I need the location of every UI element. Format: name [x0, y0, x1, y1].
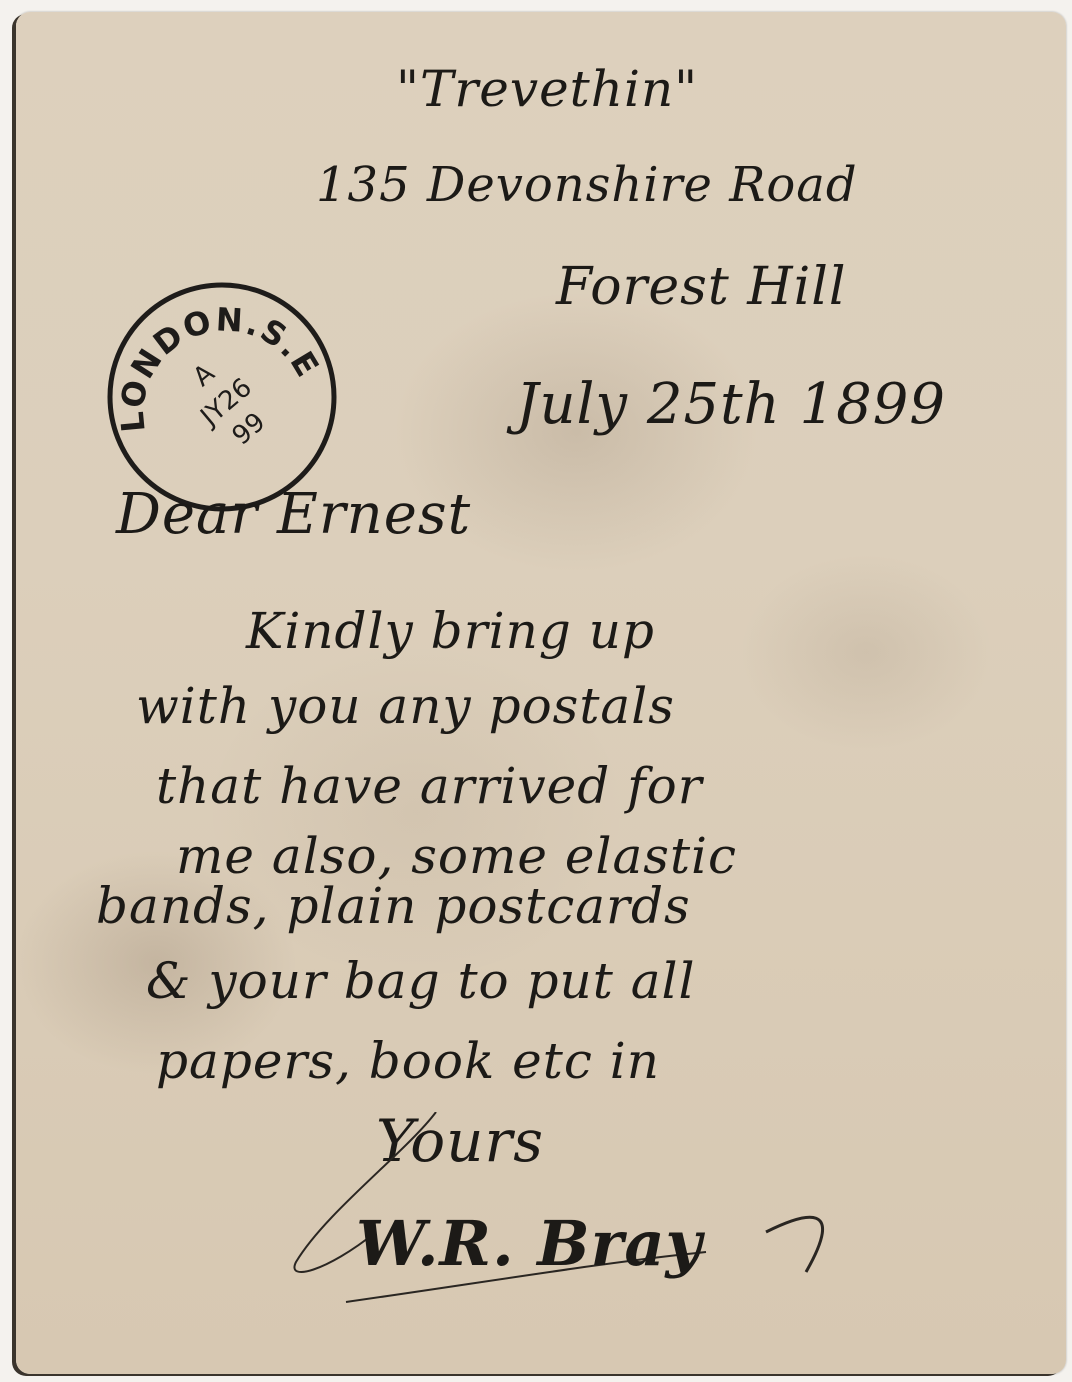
body-line: papers, book etc in — [156, 1032, 660, 1090]
body-line: with you any postals — [136, 677, 675, 735]
postmark-stamp: LONDON.S.E A JY26 99 — [102, 277, 342, 517]
body-line: bands, plain postcards — [96, 877, 691, 935]
street-address: 135 Devonshire Road — [316, 157, 858, 213]
postmark-code: A — [188, 358, 221, 393]
town: Forest Hill — [556, 257, 847, 317]
greeting: Dear Ernest — [116, 482, 471, 547]
house-name: "Trevethin" — [396, 60, 698, 118]
postcard: "Trevethin" 135 Devonshire Road Forest H… — [16, 12, 1066, 1374]
body-line: Kindly bring up — [246, 602, 655, 660]
body-line: & your bag to put all — [146, 952, 696, 1010]
postmark-icon: LONDON.S.E A JY26 99 — [102, 277, 342, 517]
body-line: that have arrived for — [156, 757, 703, 815]
letter-date: July 25th 1899 — [516, 372, 946, 437]
signature: W.R. Bray — [356, 1207, 703, 1280]
